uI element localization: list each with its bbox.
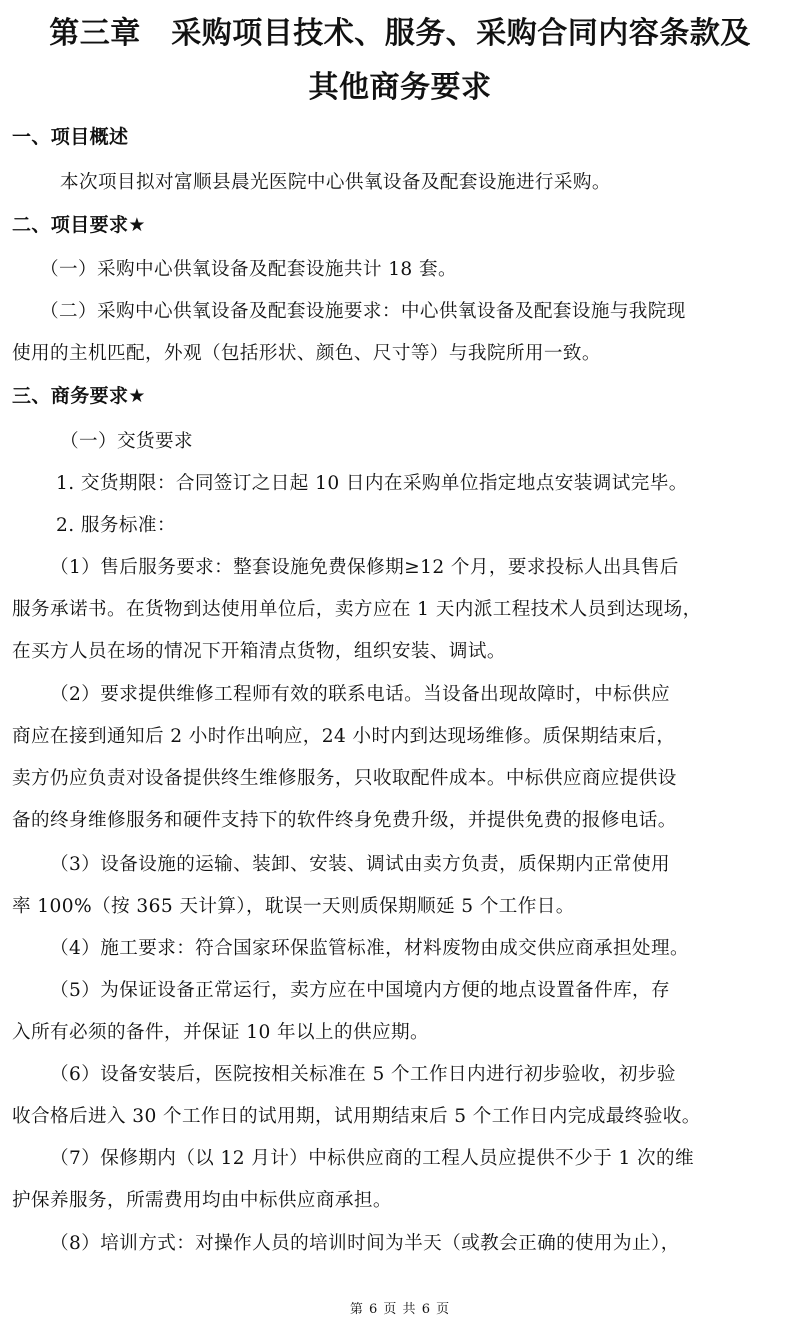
clause-3-line-1: （3）设备设施的运输、装卸、安装、调试由卖方负责，质保期内正常使用 [50,850,800,876]
clause-4: （4）施工要求：符合国家环保监管标准，材料废物由成交供应商承担处理。 [50,934,800,960]
clause-1-line-2: 服务承诺书。在货物到达使用单位后，卖方应在 1 天内派工程技术人员到达现场， [12,595,788,621]
delivery-deadline: 1. 交货期限：合同签订之日起 10 日内在采购单位指定地点安装调试完毕。 [56,469,800,495]
clause-6-line-2: 收合格后进入 30 个工作日的试用期，试用期结束后 5 个工作日内完成最终验收。 [12,1102,788,1128]
clause-7-line-2: 护保养服务，所需费用均由中标供应商承担。 [12,1186,788,1212]
section-heading-requirements: 二、项目要求★ [12,210,788,237]
clause-1-line-1: （1）售后服务要求：整套设施免费保修期≥12 个月，要求投标人出具售后 [50,553,800,579]
clause-2-line-3: 卖方仍应负责对设备提供终生维修服务，只收取配件成本。中标供应商应提供设 [12,764,788,790]
subsection-delivery: （一）交货要求 [60,427,800,453]
document-page: 第三章 采购项目技术、服务、采购合同内容条款及 其他商务要求 一、项目概述 本次… [0,0,800,1323]
chapter-title-line-1: 第三章 采购项目技术、服务、采购合同内容条款及 [0,8,800,52]
clause-8-line-1: （8）培训方式：对操作人员的培训时间为半天（或教会正确的使用为止）， [50,1229,800,1255]
page-number-footer: 第 6 页 共 6 页 [0,1298,800,1317]
clause-7-line-1: （7）保修期内（以 12 月计）中标供应商的工程人员应提供不少于 1 次的维 [50,1144,800,1170]
overview-paragraph: 本次项目拟对富顺县晨光医院中心供氧设备及配套设施进行采购。 [60,168,800,194]
requirement-item-2-cont: 使用的主机匹配，外观（包括形状、颜色、尺寸等）与我院所用一致。 [12,339,788,365]
requirement-item-1: （一）采购中心供氧设备及配套设施共计 18 套。 [40,255,800,281]
clause-5-line-2: 入所有必须的备件，并保证 10 年以上的供应期。 [12,1018,788,1044]
clause-2-line-2: 商应在接到通知后 2 小时作出响应，24 小时内到达现场维修。质保期结束后， [12,722,788,748]
clause-3-line-2: 率 100%（按 365 天计算），耽误一天则质保期顺延 5 个工作日。 [12,892,788,918]
clause-2-line-1: （2）要求提供维修工程师有效的联系电话。当设备出现故障时，中标供应 [50,680,800,706]
chapter-title-line-2: 其他商务要求 [0,62,800,106]
clause-5-line-1: （5）为保证设备正常运行，卖方应在中国境内方便的地点设置备件库，存 [50,976,800,1002]
section-heading-commercial: 三、商务要求★ [12,381,788,408]
clause-2-line-4: 备的终身维修服务和硬件支持下的软件终身免费升级，并提供免费的报修电话。 [12,806,788,832]
clause-6-line-1: （6）设备安装后，医院按相关标准在 5 个工作日内进行初步验收，初步验 [50,1060,800,1086]
clause-1-line-3: 在买方人员在场的情况下开箱清点货物，组织安装、调试。 [12,637,788,663]
section-heading-overview: 一、项目概述 [12,122,788,149]
requirement-item-2: （二）采购中心供氧设备及配套设施要求：中心供氧设备及配套设施与我院现 [40,297,800,323]
service-standard-label: 2. 服务标准： [56,511,800,537]
